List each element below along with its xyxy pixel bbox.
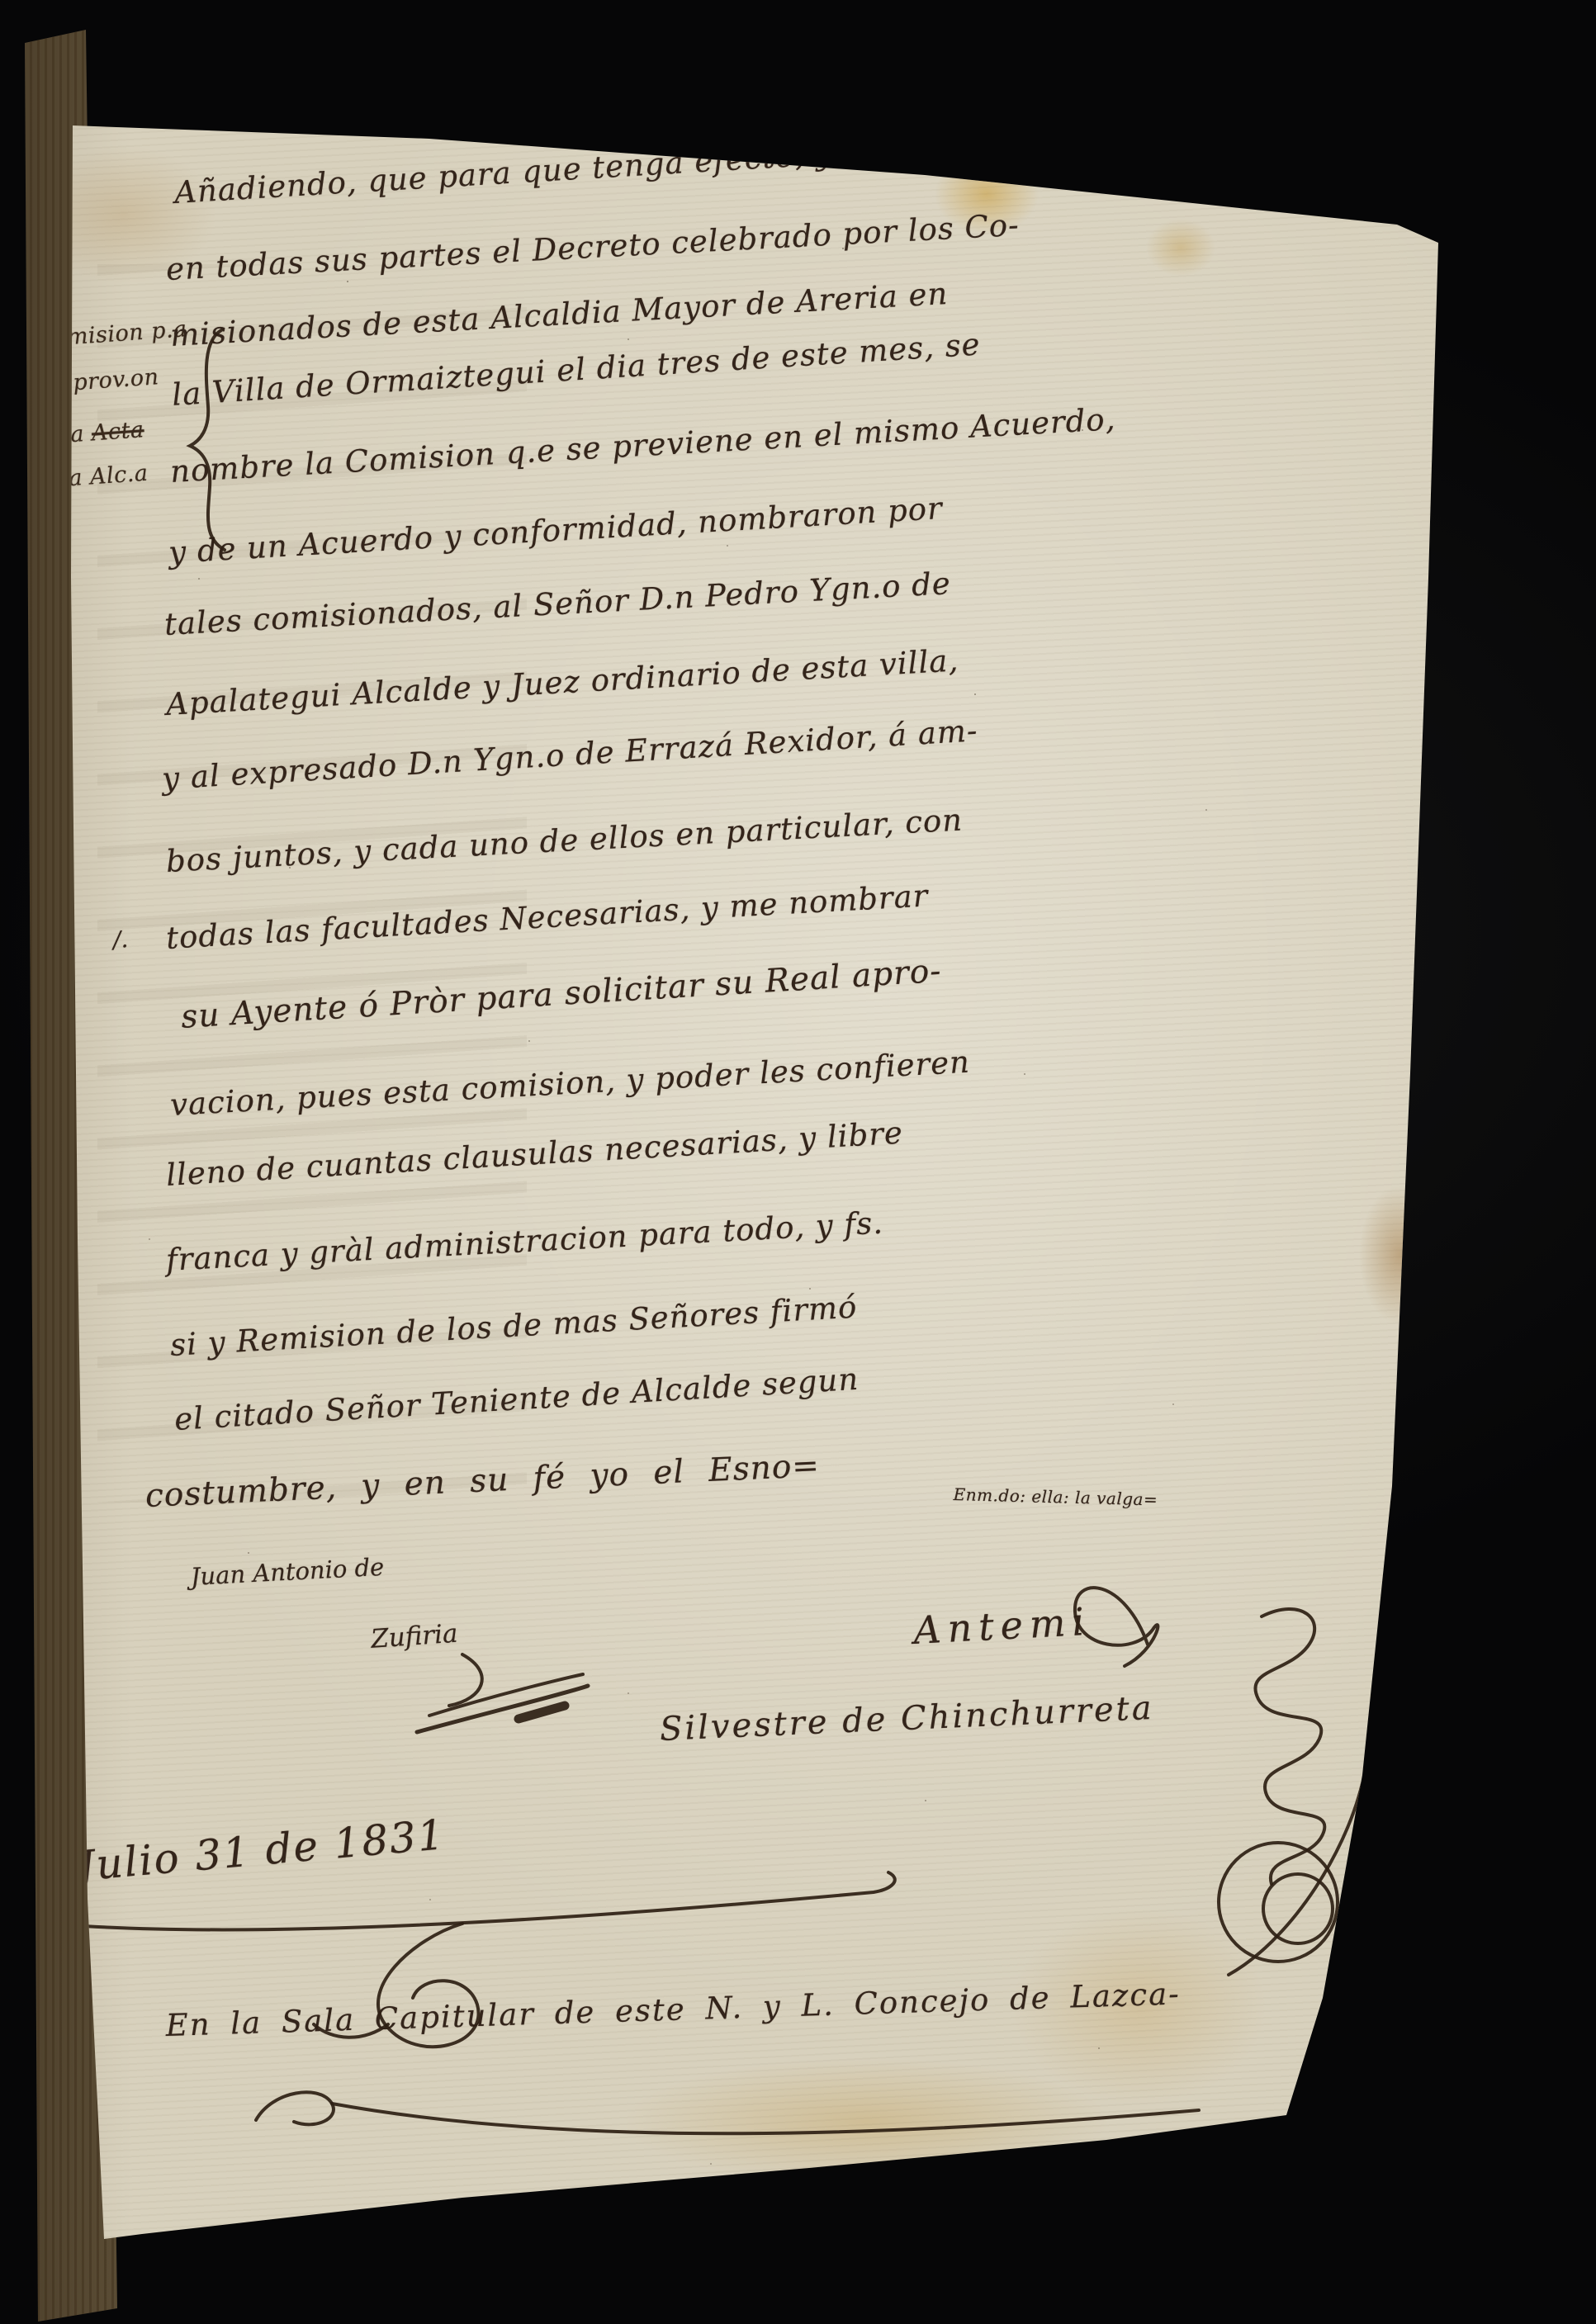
notary-signature: Silvestre de Chinchurreta bbox=[659, 1689, 1154, 1749]
footer-flourish-icon bbox=[256, 2092, 1199, 2133]
margin-tick: ∕. bbox=[112, 925, 129, 954]
ink-speckles bbox=[0, 0, 2, 2]
antemi-attestation: Antemi bbox=[912, 1599, 1092, 1653]
struck-word: Acta bbox=[91, 417, 145, 446]
date-heading: Julio 31 de 1831 bbox=[76, 1810, 448, 1891]
page-number: 20 bbox=[1339, 140, 1372, 171]
scan-backdrop: 20 Comision p.a la aprov.on de la Acta d… bbox=[0, 0, 1596, 2324]
manuscript-line: en todas sus partes el Decreto celebrado… bbox=[165, 207, 1021, 287]
witness-signature-surname: Zufiria bbox=[370, 1619, 459, 1654]
witness-signature-name: Juan Antonio de bbox=[190, 1553, 385, 1591]
manuscript-page: 20 Comision p.a la aprov.on de la Acta d… bbox=[0, 0, 1596, 2324]
zufiria-rubric-icon bbox=[417, 1654, 588, 1732]
chinchurreta-rubric-icon bbox=[1219, 1609, 1362, 1975]
emendation-note: Enm.do: ella: la valga= bbox=[953, 1484, 1158, 1509]
footer-line: En la Sala Capitular de este N. y L. Con… bbox=[165, 1976, 1181, 2043]
opening-flourish-icon bbox=[373, 89, 416, 121]
manuscript-line: Añadiendo, que para que tenga efecto, y … bbox=[173, 125, 1009, 211]
